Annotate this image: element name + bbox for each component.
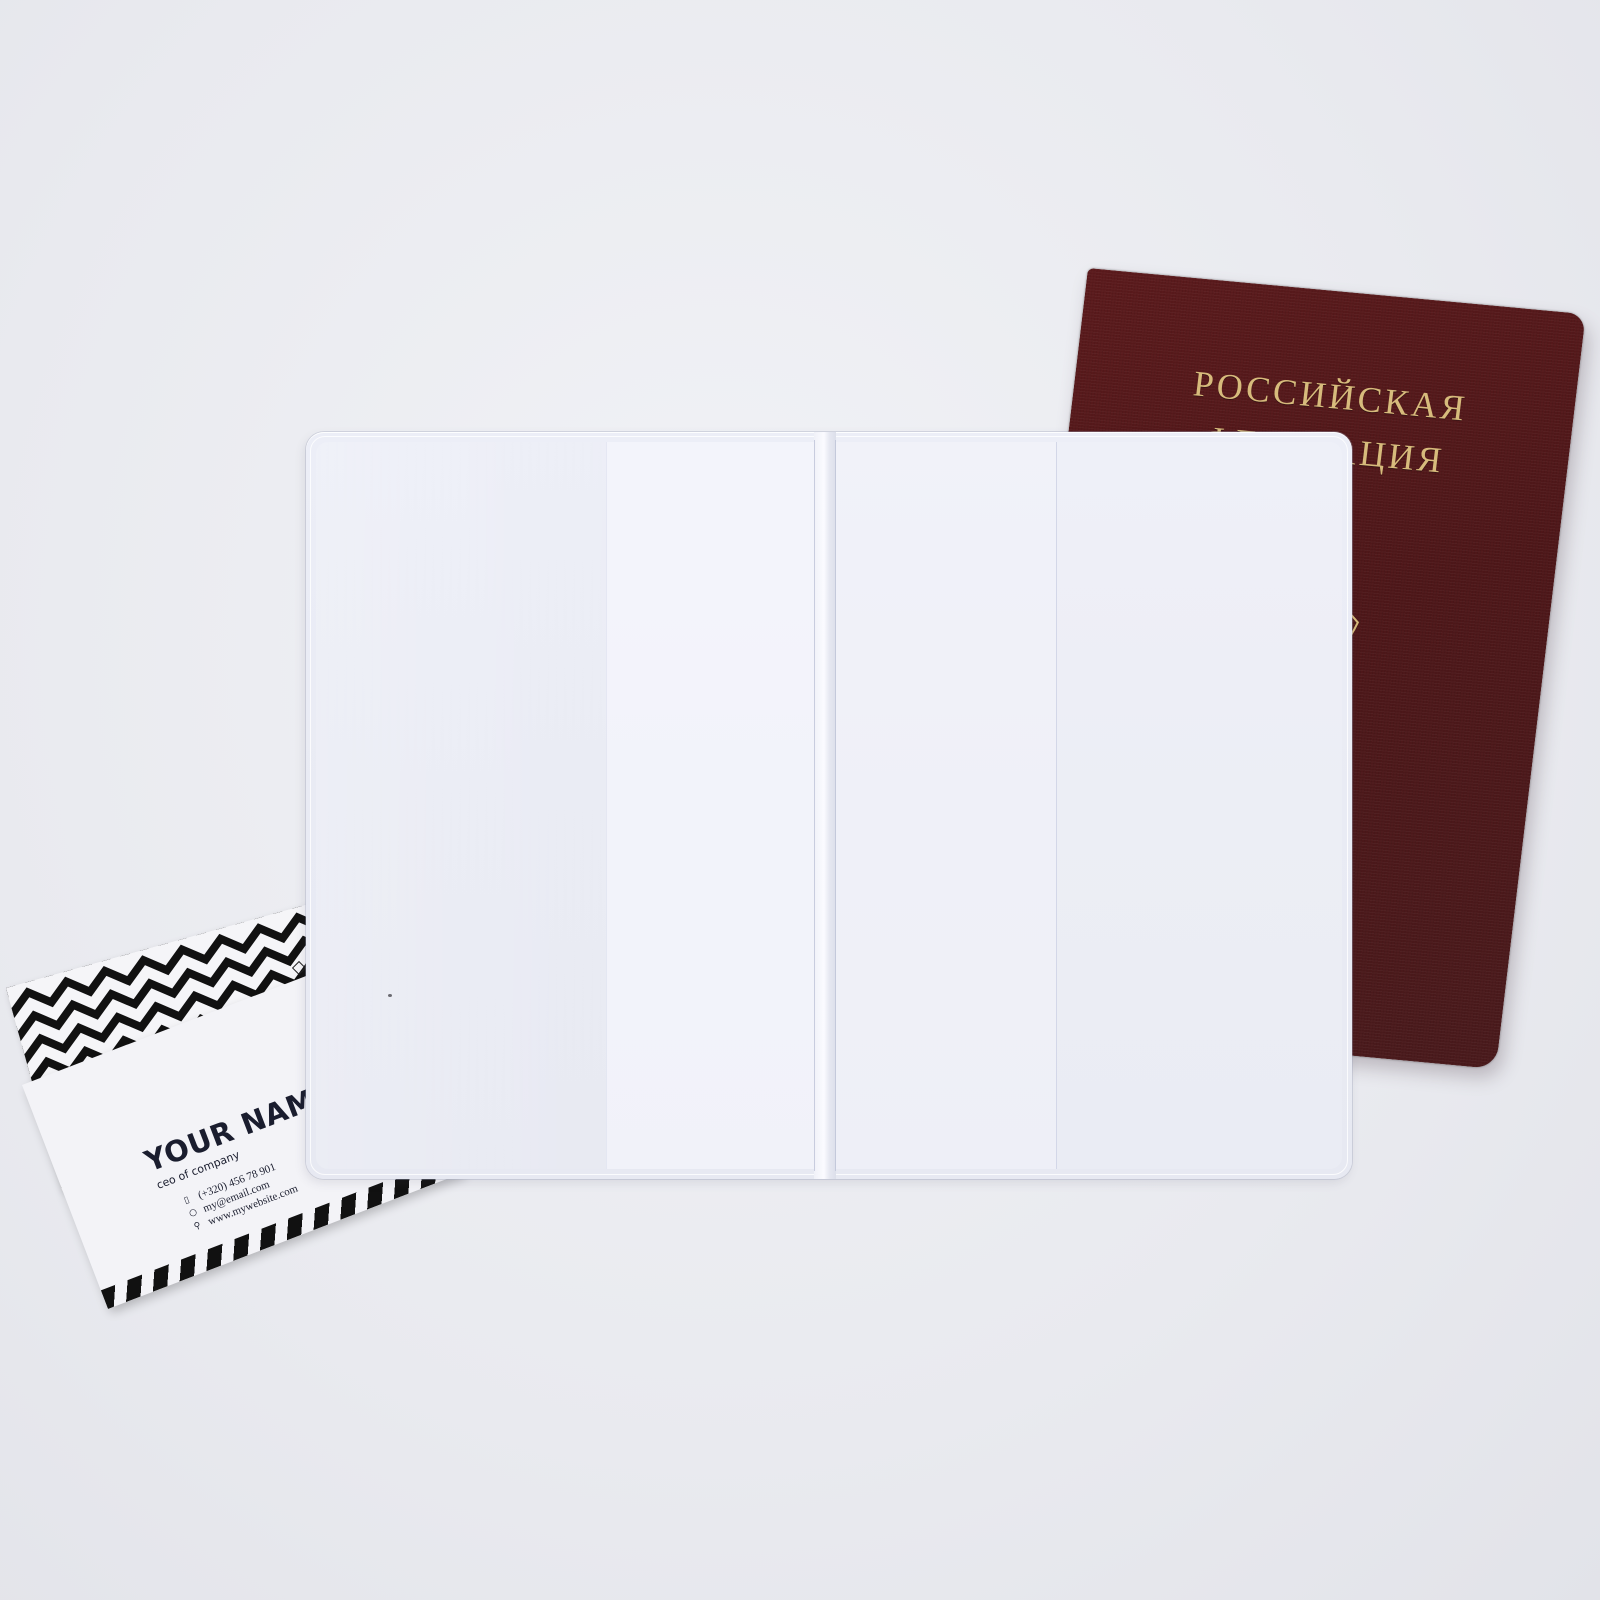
link-icon: ⚲ (192, 1218, 205, 1234)
cover-right-half (836, 432, 1352, 1179)
clear-passport-cover (306, 432, 1352, 1179)
left-pocket-flap (316, 442, 607, 1169)
spine-line-left (814, 440, 815, 1171)
left-pocket-inner (606, 442, 814, 1169)
right-pocket-flap (1056, 442, 1342, 1169)
right-pocket-inner (836, 442, 1057, 1169)
cover-left-half (306, 432, 814, 1179)
dust-speck (388, 994, 392, 997)
cover-spine (814, 432, 836, 1179)
product-scene: РОССИЙСКАЯ ФЕДЕРАЦИЯ T (0, 0, 1600, 1600)
